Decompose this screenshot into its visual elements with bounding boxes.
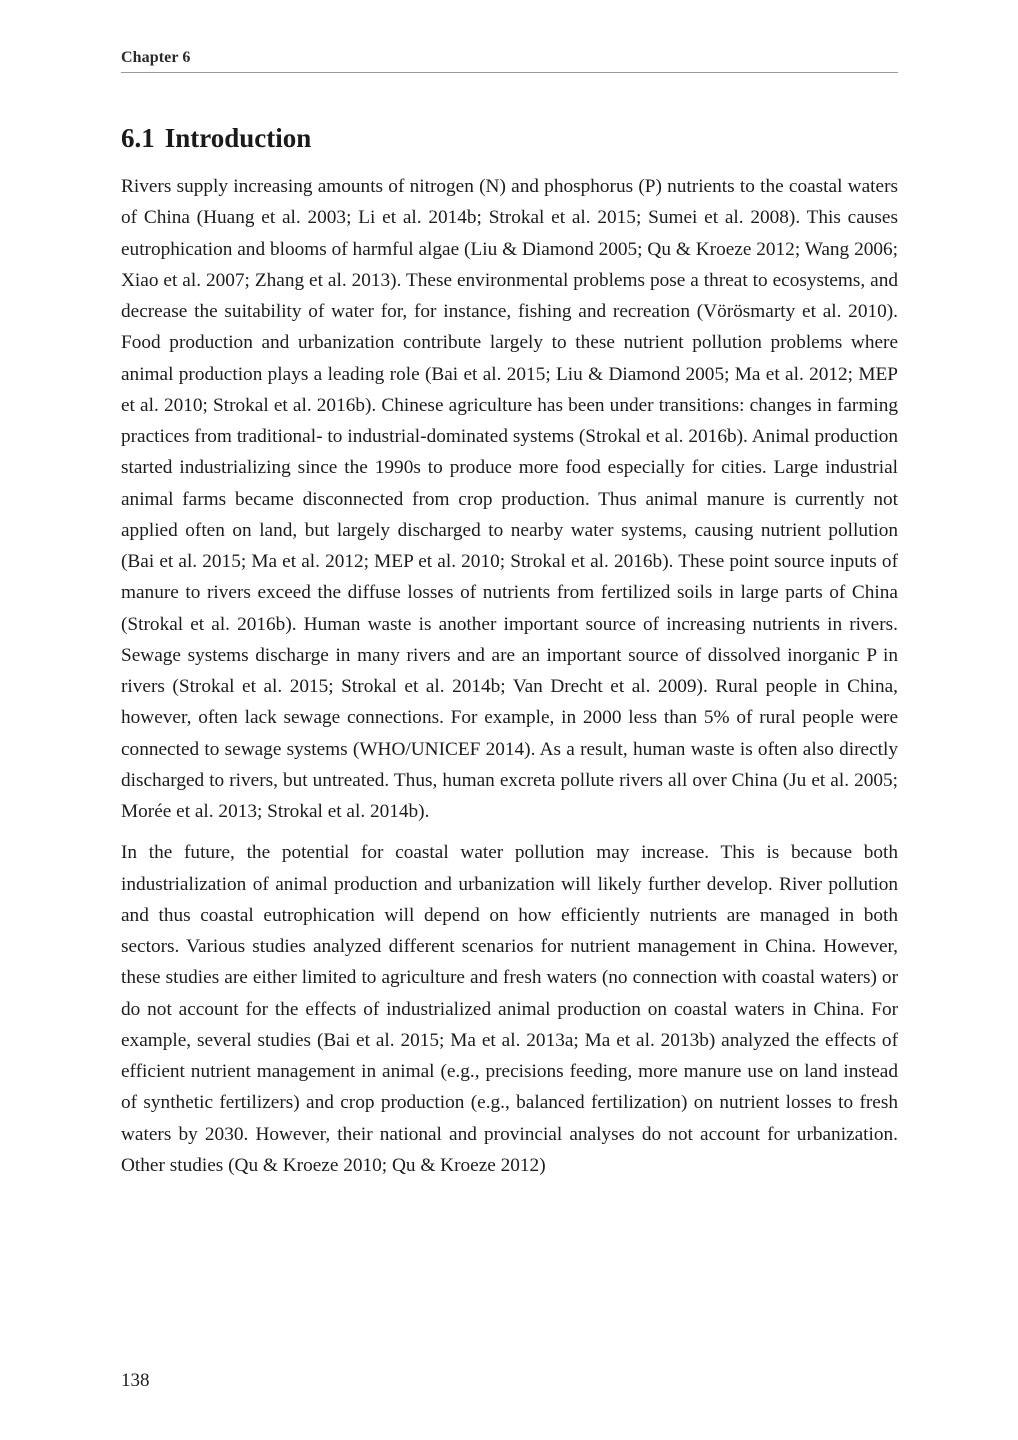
running-header: Chapter 6 [121, 47, 898, 73]
paragraph: Rivers supply increasing amounts of nitr… [121, 171, 898, 827]
section-heading: 6.1Introduction [121, 121, 311, 155]
page-number: 138 [121, 1369, 150, 1393]
body-text: Rivers supply increasing amounts of nitr… [121, 171, 898, 1191]
section-number: 6.1 [121, 123, 155, 153]
section-title: Introduction [165, 123, 312, 153]
document-page: Chapter 6 6.1Introduction Rivers supply … [121, 0, 898, 1440]
paragraph: In the future, the potential for coastal… [121, 837, 898, 1181]
chapter-label: Chapter 6 [121, 49, 191, 66]
